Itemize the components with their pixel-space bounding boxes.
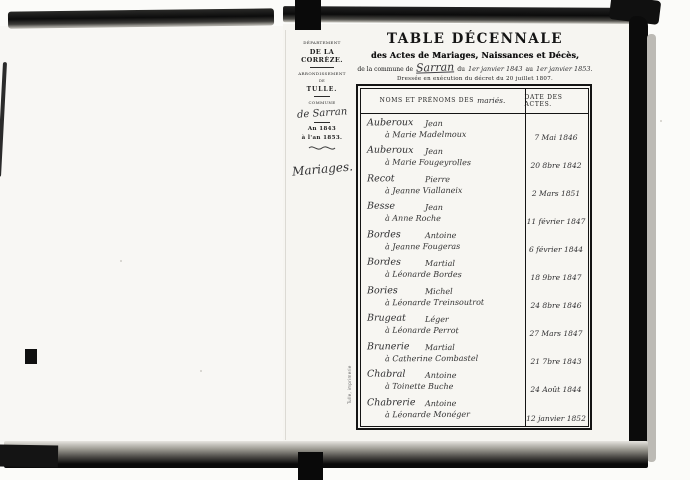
table-row: Besse Jean à Anne Roche 11 février 1847	[361, 201, 588, 229]
names-cell: Brunerie Martial à Catherine Combastel	[360, 341, 524, 370]
table-row: Recot Pierre à Jeanne Viallaneix 2 Mars …	[361, 173, 588, 201]
date-cell: 12 janvier 1852	[525, 397, 588, 425]
cover-right-edge	[629, 16, 648, 466]
act-date-handwritten: 18 9bre 1847	[531, 273, 582, 282]
speck	[660, 120, 662, 122]
departement-label: DÉPARTEMENT	[303, 40, 340, 45]
spouse-line-handwritten: à Léonarde Monéger	[384, 410, 469, 419]
commune-label: COMMUNE	[308, 100, 335, 105]
names-column-header: NOMS ET PRÉNOMS DES mariés.	[361, 89, 525, 113]
commune-prefix: de la commune de	[357, 66, 413, 73]
names-cell: Auberoux Jean à Marie Fougeyrolles	[360, 144, 524, 173]
spouse-line-handwritten: à Léonarde Perrot	[384, 326, 458, 335]
date-cell: 24 8bre 1846	[525, 285, 588, 313]
spouse-line-handwritten: à Jeanne Fougeras	[384, 242, 459, 251]
surname-handwritten: Auberoux	[366, 117, 412, 128]
names-cell: Brugeat Léger à Léonarde Perrot	[360, 313, 524, 342]
years-line2: à l'an 1853.	[302, 135, 343, 141]
spouse-line-handwritten: à Léonarde Treinsoutrot	[384, 298, 483, 308]
scan-ink-blot	[25, 349, 37, 364]
date-cell: 18 9bre 1847	[525, 257, 588, 285]
act-date-handwritten: 7 Mai 1846	[534, 133, 577, 142]
category-handwritten: Mariages.	[291, 159, 353, 178]
commune-line: de la commune de Sarran du 1er janvier 1…	[356, 63, 594, 73]
names-cell: Chabral Antoine à Toinette Buche	[360, 369, 524, 398]
speck	[120, 260, 122, 262]
scanned-register-page: DÉPARTEMENT DE LA CORRÈZE. ARRONDISSEMEN…	[0, 0, 690, 480]
date-cell: 27 Mars 1847	[525, 313, 588, 341]
given-name-handwritten: Jean	[424, 119, 442, 128]
range-start-handwritten: 1er janvier 1843	[468, 65, 523, 73]
surname-handwritten: Brugeat	[367, 313, 406, 324]
arrondissement-de: DE	[319, 79, 325, 83]
spouse-line-handwritten: à Catherine Combastel	[384, 354, 477, 363]
decree-line: Dressée en exécution du décret du 20 jui…	[356, 76, 594, 82]
table-row: Auberoux Jean à Marie Madelmoux 7 Mai 18…	[361, 117, 588, 145]
date-cell: 11 février 1847	[525, 201, 588, 229]
printer-mark: Tulle, imprimerie	[347, 352, 355, 404]
table-row: Chabrerie Antoine à Léonarde Monéger 12 …	[361, 397, 588, 425]
commune-handwritten: de Sarran	[297, 106, 348, 120]
surname-handwritten: Auberoux	[367, 144, 413, 155]
table-row: Bordes Martial à Léonarde Bordes 18 9bre…	[361, 257, 588, 285]
years-line1: An 1843	[308, 126, 336, 132]
spouse-line-handwritten: à Anne Roche	[384, 213, 440, 222]
range-end-handwritten: 1er janvier 1853.	[536, 65, 593, 73]
names-cell: Bordes Martial à Léonarde Bordes	[360, 257, 524, 286]
given-name-handwritten: Antoine	[424, 231, 455, 240]
range-au: au	[526, 66, 533, 73]
names-cell: Besse Jean à Anne Roche	[360, 200, 524, 229]
rule-divider	[314, 96, 330, 97]
act-date-handwritten: 20 8bre 1842	[531, 161, 582, 170]
page-gutter-line	[285, 30, 286, 440]
surname-handwritten: Bordes	[366, 229, 400, 240]
names-cell: Chabrerie Antoine à Léonarde Monéger	[360, 397, 524, 426]
table-row: Bories Michel à Léonarde Treinsoutrot 24…	[361, 285, 588, 313]
given-name-handwritten: Martial	[424, 343, 454, 352]
spouse-line-handwritten: à Léonarde Bordes	[384, 270, 461, 279]
date-cell: 20 8bre 1842	[525, 145, 588, 173]
given-name-handwritten: Michel	[424, 287, 452, 296]
speck	[200, 370, 202, 372]
page-subtitle: des Actes de Mariages, Naissances et Déc…	[356, 50, 594, 60]
names-cell: Recot Pierre à Jeanne Viallaneix	[360, 172, 524, 201]
date-cell: 21 7bre 1843	[525, 341, 588, 369]
blank-left-page	[0, 26, 283, 446]
rule-divider	[314, 122, 330, 123]
spine-tab-top	[295, 0, 321, 30]
flourish-ornament	[307, 144, 337, 152]
rule-divider	[310, 67, 334, 68]
spouse-line-handwritten: à Marie Madelmoux	[384, 129, 465, 138]
date-column-header: DATE DES ACTES.	[525, 89, 588, 113]
arrondissement-name: TULLE.	[307, 86, 338, 93]
spine-tab-bottom	[298, 452, 323, 480]
given-name-handwritten: Léger	[425, 315, 449, 324]
page-title: TABLE DÉCENNALE	[356, 31, 594, 47]
names-cell: Bordes Antoine à Jeanne Fougeras	[360, 228, 524, 257]
surname-handwritten: Chabral	[367, 369, 405, 380]
table-row: Auberoux Jean à Marie Fougeyrolles 20 8b…	[361, 145, 588, 173]
given-name-handwritten: Pierre	[424, 175, 449, 184]
table-inner-border: NOMS ET PRÉNOMS DES mariés. DATE DES ACT…	[360, 88, 589, 427]
surname-handwritten: Brunerie	[366, 341, 409, 352]
decennial-table: NOMS ET PRÉNOMS DES mariés. DATE DES ACT…	[356, 84, 592, 430]
act-date-handwritten: 2 Mars 1851	[532, 189, 580, 198]
names-cell: Auberoux Jean à Marie Madelmoux	[360, 116, 524, 145]
arrondissement-label: ARRONDISSEMENT	[298, 71, 346, 76]
surname-handwritten: Recot	[366, 173, 394, 184]
act-date-handwritten: 12 janvier 1852	[526, 414, 586, 423]
table-row: Bordes Antoine à Jeanne Fougeras 6 févri…	[361, 229, 588, 257]
surname-handwritten: Besse	[367, 200, 395, 211]
given-name-handwritten: Martial	[425, 259, 455, 268]
act-date-handwritten: 27 Mars 1847	[530, 329, 583, 338]
act-date-handwritten: 11 février 1847	[527, 217, 586, 226]
surname-handwritten: Bories	[366, 285, 397, 296]
page-header: TABLE DÉCENNALE des Actes de Mariages, N…	[356, 31, 594, 82]
surname-handwritten: Chabrerie	[366, 398, 415, 409]
act-date-handwritten: 24 8bre 1846	[531, 301, 582, 310]
names-header-handwritten: mariés.	[477, 96, 505, 105]
date-cell: 24 Août 1844	[525, 369, 588, 397]
act-date-handwritten: 24 Août 1844	[530, 385, 581, 394]
given-name-handwritten: Jean	[425, 203, 443, 212]
given-name-handwritten: Antoine	[424, 399, 455, 408]
book-bottom-edge	[4, 441, 648, 468]
spouse-line-handwritten: à Jeanne Viallaneix	[384, 186, 461, 195]
commune-name-handwritten: Sarran	[416, 62, 455, 73]
act-date-handwritten: 6 février 1844	[529, 245, 583, 254]
surname-handwritten: Bordes	[367, 257, 401, 268]
act-date-handwritten: 21 7bre 1843	[531, 357, 582, 366]
names-header-printed: NOMS ET PRÉNOMS DES	[380, 97, 475, 104]
table-row: Brunerie Martial à Catherine Combastel 2…	[361, 341, 588, 369]
table-row: Chabral Antoine à Toinette Buche 24 Août…	[361, 369, 588, 397]
date-header-label: DATE DES ACTES.	[525, 94, 588, 108]
table-header-row: NOMS ET PRÉNOMS DES mariés. DATE DES ACT…	[361, 89, 588, 114]
book-top-edge-left	[8, 8, 274, 28]
range-du: du	[457, 66, 465, 73]
date-cell: 7 Mai 1846	[525, 117, 588, 145]
given-name-handwritten: Jean	[425, 146, 443, 155]
book-top-edge-right	[283, 6, 631, 24]
given-name-handwritten: Antoine	[425, 371, 456, 380]
spouse-line-handwritten: à Marie Fougeyrolles	[384, 157, 470, 166]
spouse-line-handwritten: à Toinette Buche	[384, 382, 452, 391]
departement-name: DE LA CORRÈZE.	[288, 48, 356, 64]
table-body: Auberoux Jean à Marie Madelmoux 7 Mai 18…	[361, 114, 588, 426]
cover-right-shadow	[647, 34, 656, 462]
names-cell: Bories Michel à Léonarde Treinsoutrot	[360, 285, 524, 314]
date-cell: 6 février 1844	[525, 229, 588, 257]
table-row: Brugeat Léger à Léonarde Perrot 27 Mars …	[361, 313, 588, 341]
margin-column: DÉPARTEMENT DE LA CORRÈZE. ARRONDISSEMEN…	[288, 40, 356, 176]
date-cell: 2 Mars 1851	[525, 173, 588, 201]
cover-corner-bottom-left	[0, 444, 58, 467]
